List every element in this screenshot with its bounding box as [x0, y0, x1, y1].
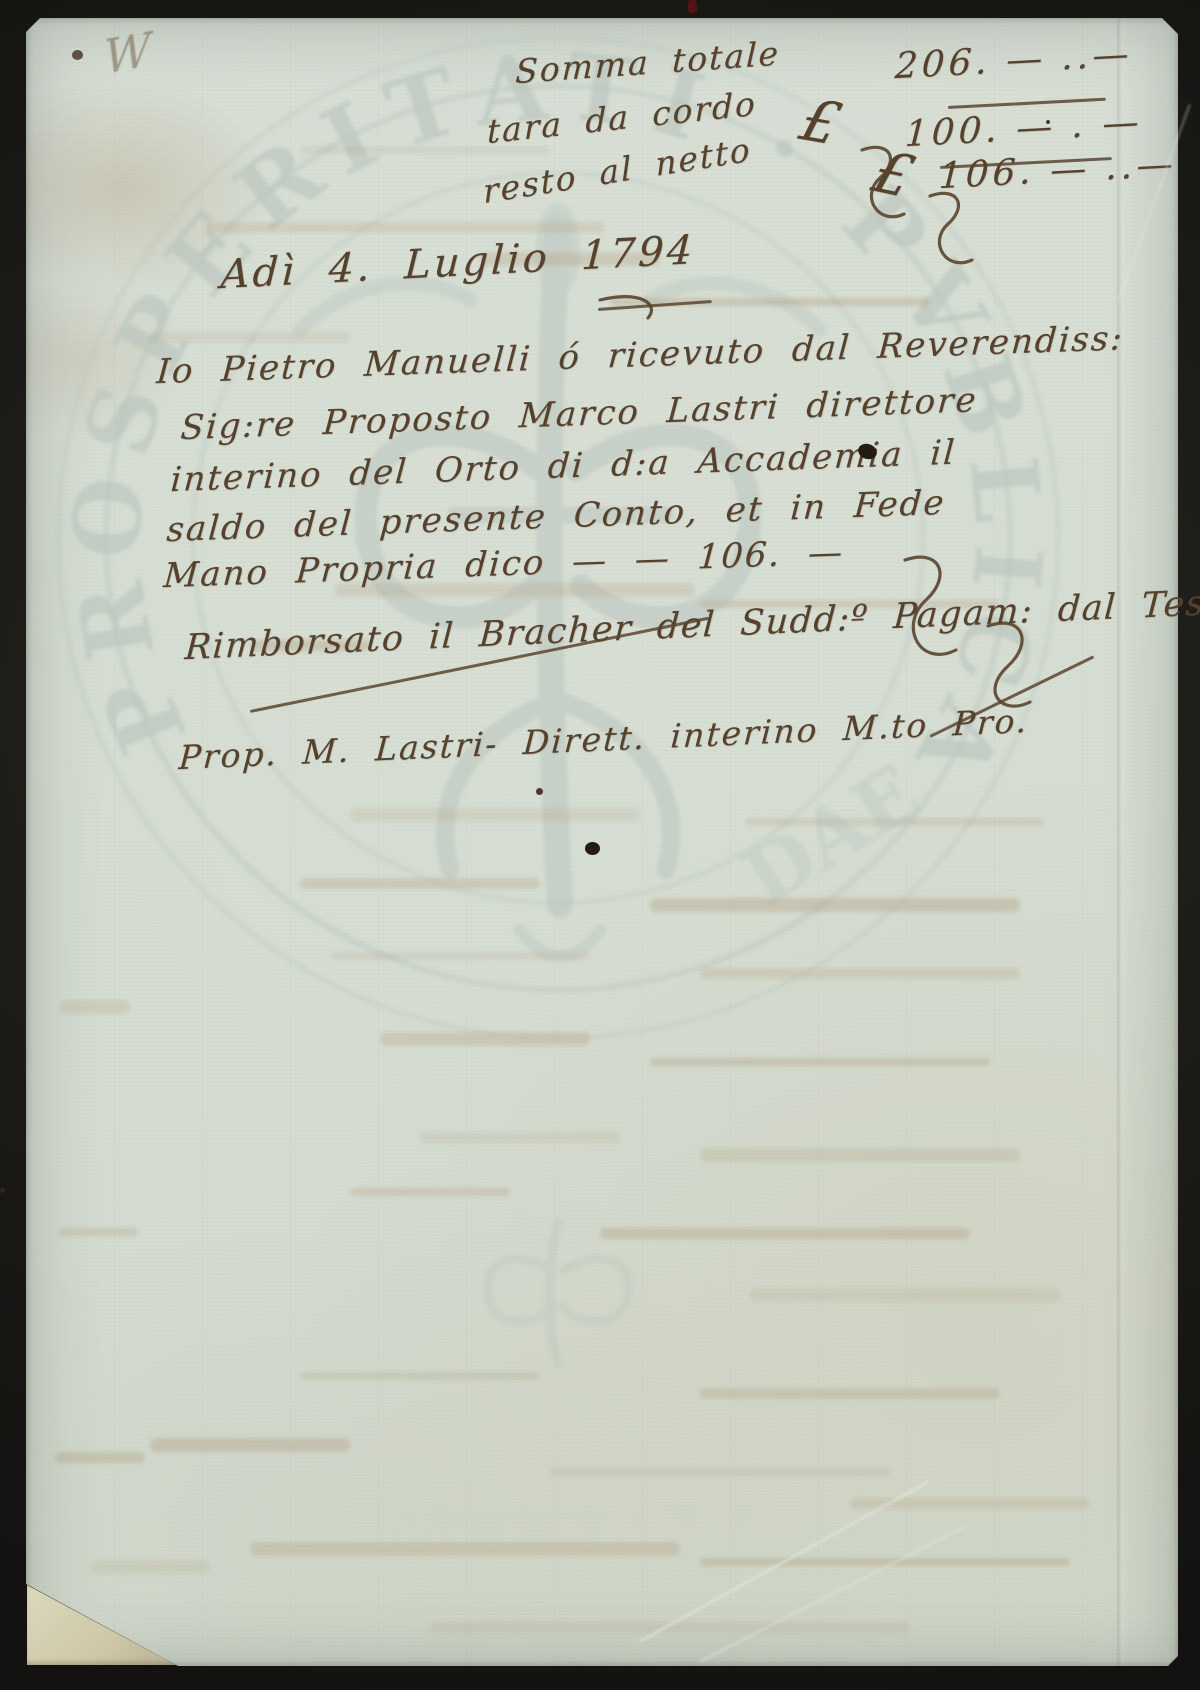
- bleed-smudge: [250, 1542, 680, 1556]
- bleed-smudge: [55, 1452, 145, 1463]
- bleed-smudge: [700, 1148, 1020, 1162]
- bleed-smudge: [330, 952, 590, 960]
- scanned-document: PROSPERITATI · PVBLICAE DAE W Somma tota…: [0, 0, 1200, 1690]
- ink-speck: [536, 788, 543, 795]
- bleed-smudge: [380, 1032, 590, 1046]
- bleed-smudge: [205, 222, 605, 233]
- ink-speck: [1046, 120, 1050, 124]
- ink-blot: [585, 842, 600, 855]
- bleed-smudge: [550, 1468, 890, 1476]
- bleed-smudge: [700, 968, 1020, 979]
- bleed-smudge: [700, 1388, 1000, 1399]
- bleed-smudge: [420, 1132, 620, 1143]
- bleed-smudge: [750, 1288, 1060, 1302]
- ink-speck: [0, 1188, 5, 1193]
- bleed-smudge: [300, 1372, 540, 1380]
- bleed-smudge: [90, 1560, 210, 1574]
- bleed-smudge: [150, 332, 350, 343]
- bleed-smudge: [650, 1058, 990, 1066]
- watermark-countermark: [487, 1223, 629, 1365]
- bleed-smudge: [150, 1438, 350, 1452]
- bleed-smudge: [650, 898, 1020, 912]
- ink-blot: [72, 50, 83, 60]
- bleed-smudge: [58, 1228, 138, 1236]
- bleed-smudge: [350, 808, 640, 822]
- bleed-smudge: [350, 1188, 510, 1196]
- corner-pencil-mark: W: [103, 22, 151, 85]
- bleed-smudge: [60, 1000, 130, 1014]
- bleed-smudge: [600, 1228, 970, 1239]
- bleed-smudge: [300, 878, 540, 889]
- red-speck: [688, 0, 697, 13]
- bleed-smudge: [745, 818, 1045, 826]
